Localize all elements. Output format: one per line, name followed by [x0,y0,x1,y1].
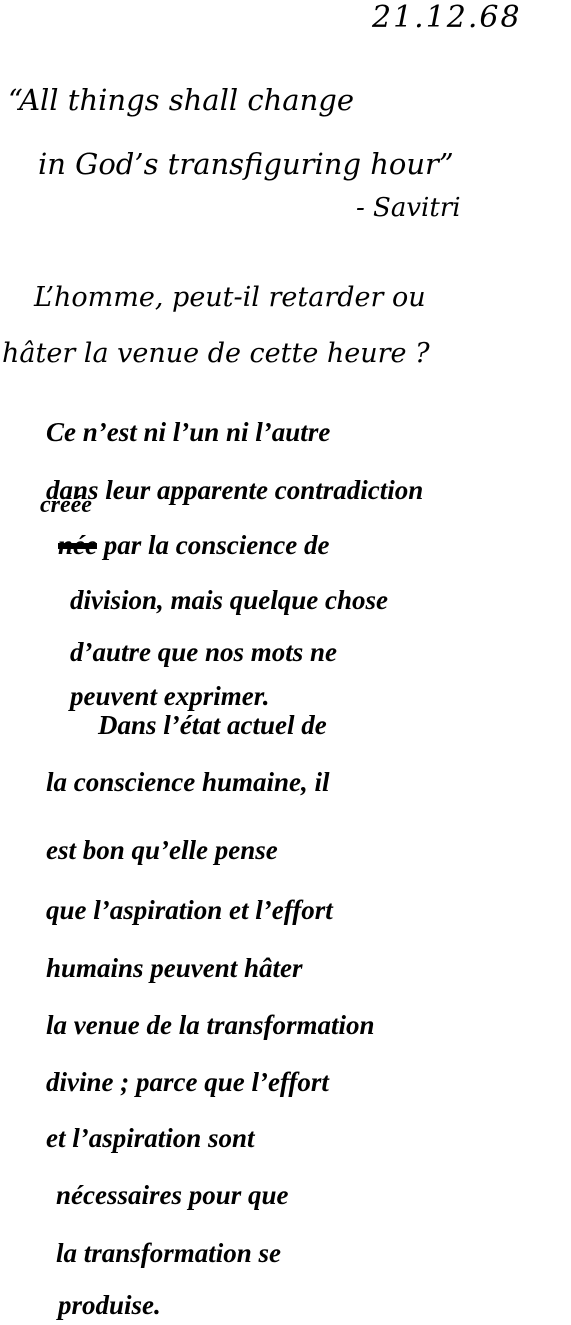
question: L’homme, peut-il retarder ou hâter la ve… [0,270,571,382]
answer-line: division, mais quelque chose [70,585,388,615]
quote-line-1: “All things shall change [8,68,568,132]
answer-line: Dans l’état actuel de [98,710,327,740]
answer-line-with-strike: née par la conscience de [58,530,329,560]
answer-line: la venue de la transformation [46,1010,375,1040]
quote-line-2: in God’s transfiguring hour” [8,132,568,196]
answer-line: dans leur apparente contradiction [46,475,423,505]
answer-line: que l’aspiration et l’effort [46,895,333,925]
quote-attribution: - Savitri [356,193,461,223]
answer-line: peuvent exprimer. [70,681,269,711]
answer-line: la transformation se [56,1238,281,1268]
answer-line: d’autre que nos mots ne [70,637,337,667]
answer-line: et l’aspiration sont [46,1123,255,1153]
answer-line: Ce n’est ni l’un ni l’autre [46,417,330,447]
date: 21.12.68 [372,0,522,35]
struck-word: née [58,530,97,560]
epigraph-quote: “All things shall change in God’s transf… [8,68,568,196]
answer-line: produise. [58,1290,161,1320]
question-line-1: L’homme, peut-il retarder ou [0,270,571,326]
answer-line: nécessaires pour que [56,1180,289,1210]
question-line-2: hâter la venue de cette heure ? [0,326,571,382]
answer-line: divine ; parce que l’effort [46,1067,329,1097]
answer-line: est bon qu’elle pense [46,835,278,865]
answer-line: la conscience humaine, il [46,767,330,797]
answer-line: par la conscience de [104,530,330,560]
answer-line: humains peuvent hâter [46,953,303,983]
